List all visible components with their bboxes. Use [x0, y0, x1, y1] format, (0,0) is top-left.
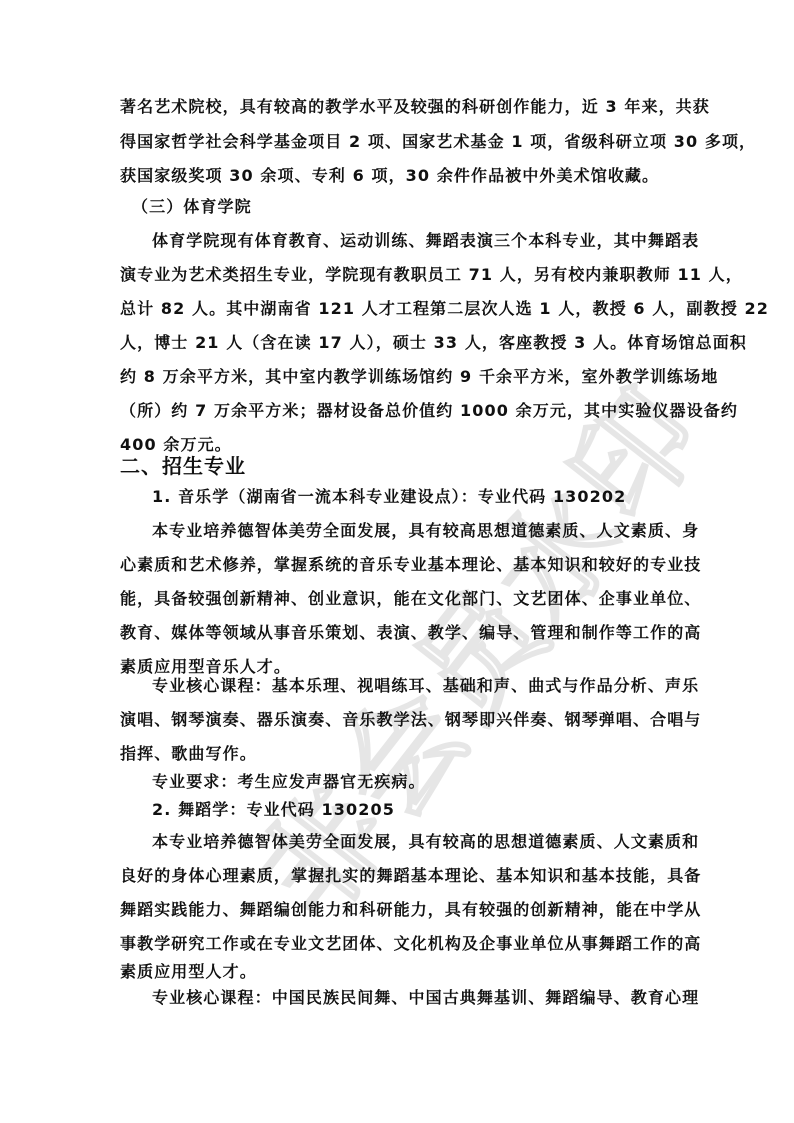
paragraph-line: （所）约 7 万余平方米；器材设备总价值约 1000 余万元，其中实验仪器设备约 — [120, 401, 676, 421]
paragraph-line: 著名艺术院校，具有较高的教学水平及较强的科研创作能力，近 3 年来，共获 — [120, 97, 676, 117]
paragraph-line: 素质应用型音乐人才。 — [120, 657, 676, 677]
paragraph-line: 本专业培养德智体美劳全面发展，具有较高的思想道德素质、人文素质和 — [152, 832, 676, 852]
requirement-line: 专业要求：考生应发声器官无疾病。 — [152, 772, 676, 792]
subsection-heading: （三）体育学院 — [132, 197, 688, 217]
paragraph-line: 本专业培养德智体美劳全面发展，具有较高思想道德素质、人文素质、身 — [152, 521, 676, 541]
paragraph-line: 得国家哲学社会科学基金项目 2 项、国家艺术基金 1 项，省级科研立项 30 多… — [120, 132, 676, 152]
section-heading: 二、招生专业 — [120, 450, 246, 479]
paragraph-line: 约 8 万余平方米，其中室内教学训练场馆约 9 千余平方米，室外教学训练场地 — [120, 367, 676, 387]
document-page: 非会员水印 著名艺术院校，具有较高的教学水平及较强的科研创作能力，近 3 年来，… — [0, 0, 794, 1123]
paragraph-line: 能，具备较强创新精神、创业意识，能在文化部门、文艺团体、企事业单位、 — [120, 589, 676, 609]
paragraph-line: 获国家级奖项 30 余项、专利 6 项，30 余件作品被中外美术馆收藏。 — [120, 166, 676, 186]
paragraph-line: 事教学研究工作或在专业文艺团体、文化机构及企事业单位从事舞蹈工作的高 — [120, 934, 676, 954]
paragraph-line: 人，博士 21 人（含在读 17 人），硕士 33 人，客座教授 3 人。体育场… — [120, 333, 676, 353]
paragraph-line: 总计 82 人。其中湖南省 121 人才工程第二层次人选 1 人，教授 6 人，… — [120, 299, 676, 319]
paragraph-line: 演唱、钢琴演奏、器乐演奏、音乐教学法、钢琴即兴伴奏、钢琴弹唱、合唱与 — [120, 710, 676, 730]
paragraph-line: 专业核心课程：基本乐理、视唱练耳、基础和声、曲式与作品分析、声乐 — [152, 676, 676, 696]
paragraph-line: 指挥、歌曲写作。 — [120, 744, 676, 764]
paragraph-line: 体育学院现有体育教育、运动训练、舞蹈表演三个本科专业，其中舞蹈表 — [152, 231, 676, 251]
paragraph-line: 演专业为艺术类招生专业，学院现有教职员工 71 人，另有校内兼职教师 11 人， — [120, 265, 676, 285]
paragraph-line: 舞蹈实践能力、舞蹈编创能力和科研能力，具有较强的创新精神，能在中学从 — [120, 900, 676, 920]
paragraph-line: 专业核心课程：中国民族民间舞、中国古典舞基训、舞蹈编导、教育心理 — [152, 988, 676, 1008]
paragraph-line: 教育、媒体等领域从事音乐策划、表演、教学、编导、管理和制作等工作的高 — [120, 623, 676, 643]
paragraph-line: 素质应用型人才。 — [120, 962, 676, 982]
program-title: 2. 舞蹈学：专业代码 130205 — [152, 800, 676, 820]
program-title: 1. 音乐学（湖南省一流本科专业建设点）：专业代码 130202 — [152, 487, 676, 507]
paragraph-line: 心素质和艺术修养，掌握系统的音乐专业基本理论、基本知识和较好的专业技 — [120, 555, 676, 575]
paragraph-line: 良好的身体心理素质，掌握扎实的舞蹈基本理论、基本知识和基本技能，具备 — [120, 866, 676, 886]
